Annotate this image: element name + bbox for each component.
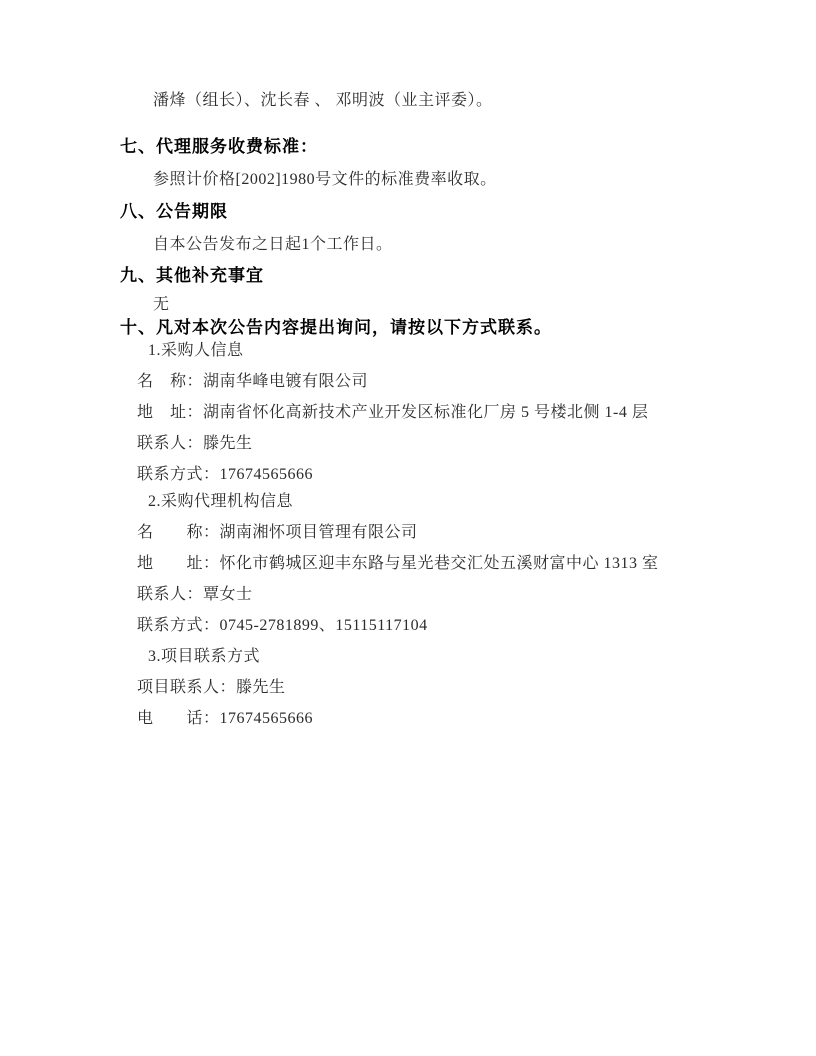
agency-contact-line: 联系人：覃女士 xyxy=(120,579,706,610)
section-7-body: 参照计价格[2002]1980号文件的标准费率收取。 xyxy=(120,164,706,195)
section-8-heading: 八、公告期限 xyxy=(120,196,706,227)
purchaser-contact-line: 联系人：滕先生 xyxy=(120,428,706,459)
section-8-body: 自本公告发布之日起1个工作日。 xyxy=(120,229,706,260)
agency-phone-line: 联系方式：0745-2781899、15115117104 xyxy=(120,610,706,641)
project-contact-title: 3.项目联系方式 xyxy=(120,641,706,672)
document-page: 潘烽（组长）、沈长春 、 邓明波（业主评委）。 七、代理服务收费标准： 参照计价… xyxy=(0,0,816,1056)
document-content: 潘烽（组长）、沈长春 、 邓明波（业主评委）。 七、代理服务收费标准： 参照计价… xyxy=(120,0,706,734)
agency-name-line: 名 称：湖南湘怀项目管理有限公司 xyxy=(120,517,706,548)
section-9-heading: 九、其他补充事宜 xyxy=(120,260,706,291)
purchaser-address-line: 地 址：湖南省怀化高新技术产业开发区标准化厂房 5 号楼北侧 1-4 层 xyxy=(120,397,706,428)
project-contact-line: 项目联系人：滕先生 xyxy=(120,672,706,703)
agency-info-title: 2.采购代理机构信息 xyxy=(120,486,706,517)
purchaser-name-line: 名 称：湖南华峰电镀有限公司 xyxy=(120,366,706,397)
agency-address-line: 地 址：怀化市鹤城区迎丰东路与星光巷交汇处五溪财富中心 1313 室 xyxy=(120,548,706,579)
section-7-heading: 七、代理服务收费标准： xyxy=(120,131,706,162)
project-phone-line: 电 话：17674565666 xyxy=(120,703,706,734)
evaluators-line: 潘烽（组长）、沈长春 、 邓明波（业主评委）。 xyxy=(120,85,706,116)
